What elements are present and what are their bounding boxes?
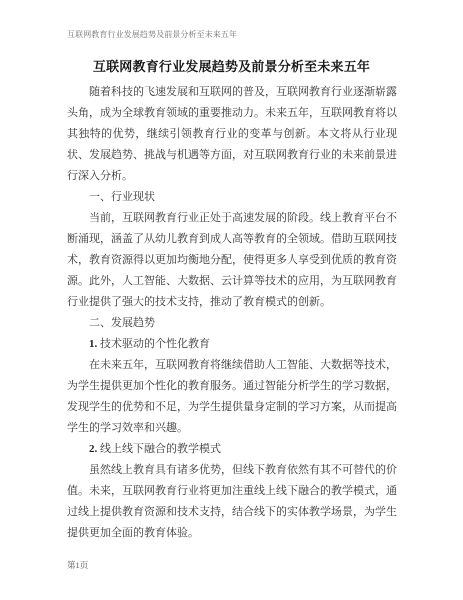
- page-header-text: 互联网教育行业发展趋势及前景分析至未来五年: [67, 29, 397, 40]
- body-paragraph: 随着科技的飞速发展和互联网的普及，互联网教育行业逐渐崭露头角，成为全球教育领域的…: [67, 82, 397, 187]
- body-paragraph: 当前，互联网教育行业正处于高速发展的阶段。线上教育平台不断涌现，涵盖了从幼儿教育…: [67, 208, 397, 313]
- subheading-number: 1.: [89, 338, 97, 350]
- body-paragraph: 虽然线上教育具有诸多优势，但线下教育依然有其不可替代的价值。未来，互联网教育行业…: [67, 460, 397, 544]
- section-heading: 二、发展趋势: [67, 313, 397, 334]
- sub-heading: 2. 线上线下融合的教学模式: [67, 439, 397, 460]
- document-body: 随着科技的飞速发展和互联网的普及，互联网教育行业逐渐崭露头角，成为全球教育领域的…: [67, 82, 397, 544]
- document-page: 互联网教育行业发展趋势及前景分析至未来五年 互联网教育行业发展趋势及前景分析至未…: [0, 0, 463, 600]
- document-title: 互联网教育行业发展趋势及前景分析至未来五年: [0, 56, 463, 75]
- footer-page-number: 第1页: [67, 559, 88, 571]
- sub-heading: 1. 技术驱动的个性化教育: [67, 334, 397, 355]
- subheading-number: 2.: [89, 443, 97, 455]
- body-paragraph: 在未来五年，互联网教育将继续借助人工智能、大数据等技术，为学生提供更加个性化的教…: [67, 355, 397, 439]
- section-heading: 一、行业现状: [67, 187, 397, 208]
